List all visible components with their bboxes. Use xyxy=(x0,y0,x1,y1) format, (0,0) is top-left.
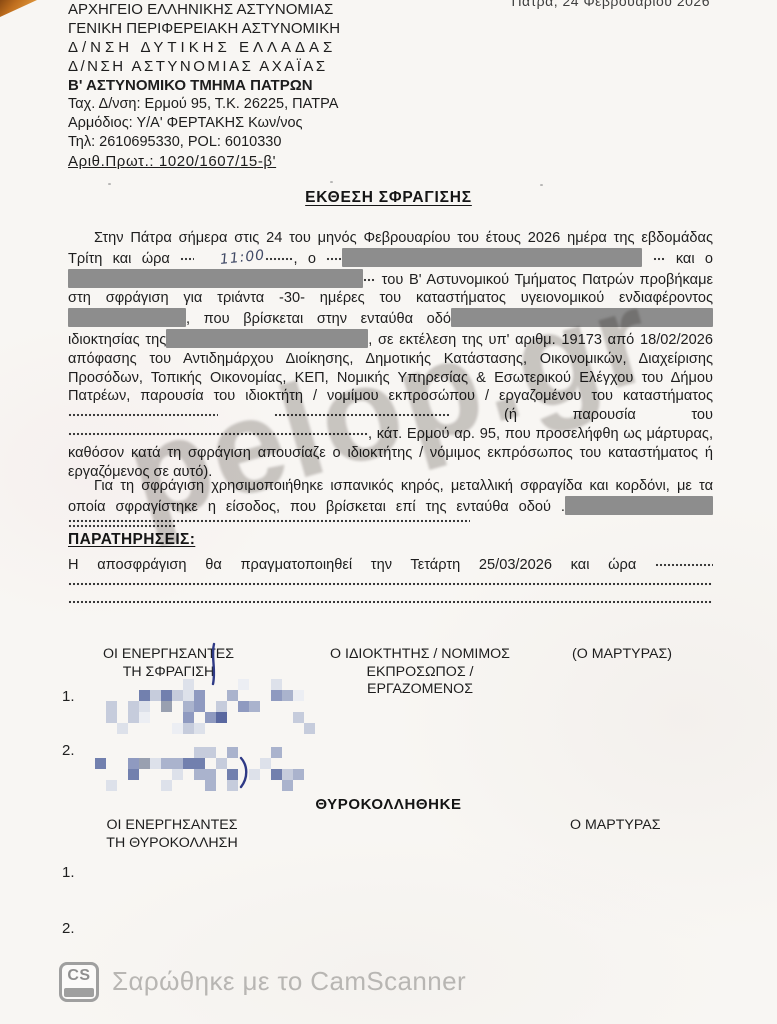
dotted-blank xyxy=(363,278,376,282)
observations-heading: ΠΑΡΑΤΗΡΗΣΕΙΣ: xyxy=(68,531,195,549)
signature-column-witness: (Ο ΜΑΡΤΥΡΑΣ) xyxy=(552,646,692,664)
header-line: ΓΕΝΙΚΗ ΠΕΡΙΦΕΡΕΙΑΚΗ ΑΣΤΥΝΟΜΙΚΗ xyxy=(68,19,340,38)
dotted-blank xyxy=(265,257,293,261)
posting-column-officers: ΟΙ ΕΝΕΡΓΗΣΑΝΤΕΣ ΤΗ ΘΥΡΟΚΟΛΛΗΣΗ xyxy=(96,817,248,852)
redaction-bar xyxy=(565,496,713,515)
header-line-department: Β' ΑΣΤΥΝΟΜΙΚΟ ΤΜΗΜΑ ΠΑΤΡΩΝ xyxy=(68,76,340,95)
redacted-signature-2 xyxy=(95,747,304,791)
signature-column-owner: Ο ΙΔΙΟΚΤΗΤΗΣ / ΝΟΜΙΜΟΣ ΕΚΠΡΟΣΩΠΟΣ / ΕΡΓΑ… xyxy=(318,646,522,699)
redaction-bar xyxy=(166,329,368,348)
dotted-fill-line xyxy=(68,600,712,604)
dotted-blank xyxy=(180,257,194,261)
scan-speck xyxy=(540,184,543,186)
dotted-blank xyxy=(653,257,666,261)
scanned-document-page: Πάτρα, 24 Φεβρουαρίου 2026 ΑΡΧΗΓΕΙΟ ΕΛΛΗ… xyxy=(0,0,777,1024)
dotted-fill-line xyxy=(68,582,712,586)
door-posting-heading: ΘΥΡΟΚΟΛΛΗΘΗΚΕ xyxy=(0,796,777,813)
header-line: Δ/ΝΣΗ ΔΥΤΙΚΗΣ ΕΛΛΑΔΑΣ xyxy=(68,38,340,57)
header-line-officer: Αρμόδιος: Υ/Α' ΦΕΡΤΑΚΗΣ Κων/νος xyxy=(68,114,340,133)
body-paragraph-unsealing: Η αποσφράγιση θα πραγματοποιηθεί την Τετ… xyxy=(68,556,713,575)
dotted-blank xyxy=(655,563,713,567)
posting-item-1: 1. xyxy=(62,864,75,881)
header-line-address: Ταχ. Δ/νση: Ερμού 95, Τ.Κ. 26225, ΠΑΤΡΑ xyxy=(68,95,340,114)
dotted-fill-line xyxy=(68,519,470,523)
signature-item-1: 1. xyxy=(62,688,75,705)
dotted-blank xyxy=(68,413,218,417)
header-line: Δ/ΝΣΗ ΑΣΤΥΝΟΜΙΑΣ ΑΧΑΪΑΣ xyxy=(68,57,340,76)
redaction-bar xyxy=(68,269,363,288)
redacted-signature-1 xyxy=(95,679,315,734)
redaction-bar xyxy=(342,248,642,267)
header-line-phone: Τηλ: 2610695330, POL: 6010330 xyxy=(68,133,340,152)
document-title: ΕΚΘΕΣΗ ΣΦΡΑΓΙΣΗΣ xyxy=(0,189,777,207)
scan-speck xyxy=(108,183,111,185)
header-line: ΑΡΧΗΓΕΙΟ ΕΛΛΗΝΙΚΗΣ ΑΣΤΥΝΟΜΙΑΣ xyxy=(68,3,340,19)
redaction-bar xyxy=(451,308,713,327)
dotted-blank xyxy=(326,257,342,261)
body-paragraph-sealing: Στην Πάτρα σήμερα στις 24 του μηνός Φεβρ… xyxy=(68,229,713,481)
dotted-blank xyxy=(68,432,368,436)
redaction-bar xyxy=(68,308,186,327)
letterhead: ΑΡΧΗΓΕΙΟ ΕΛΛΗΝΙΚΗΣ ΑΣΤΥΝΟΜΙΑΣ ΓΕΝΙΚΗ ΠΕΡ… xyxy=(68,3,340,171)
document-date-text: Πάτρα, 24 Φεβρουαρίου 2026 xyxy=(430,0,710,9)
camscanner-caption: Σαρώθηκε με το CamScanner xyxy=(112,966,466,997)
body-paragraph-materials: Για τη σφράγιση χρησιμοποιήθηκε ισπανικό… xyxy=(68,477,713,535)
signature-item-2: 2. xyxy=(62,742,75,759)
posting-item-2: 2. xyxy=(62,920,75,937)
pen-stroke xyxy=(238,756,252,790)
camscanner-icon: CS xyxy=(59,962,99,1002)
scan-speck xyxy=(330,181,333,183)
pen-stroke xyxy=(205,642,221,686)
document-date-clipped: Πάτρα, 24 Φεβρουαρίου 2026 xyxy=(430,0,710,13)
protocol-number: Αριθ.Πρωτ.: 1020/1607/15-β' xyxy=(68,152,340,171)
posting-column-witness: Ο ΜΑΡΤΥΡΑΣ xyxy=(570,817,690,835)
dotted-blank xyxy=(274,413,449,417)
dotted-blank xyxy=(68,524,176,528)
scan-corner-artifact xyxy=(0,0,37,17)
